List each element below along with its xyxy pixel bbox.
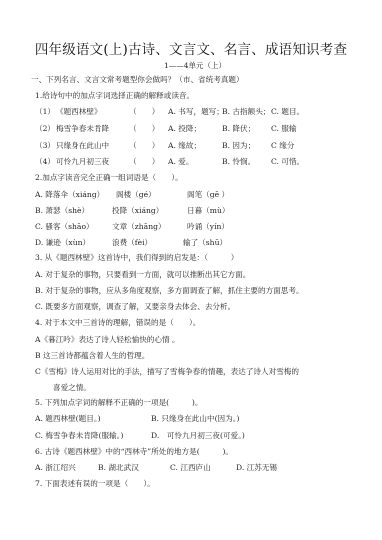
option-word-3: 日暮（mù）: [187, 206, 229, 216]
row-text: 《题西林壁》: [56, 107, 102, 117]
question-1-prompt: 1.给诗句中的加点字词选择正确的解释或读音。: [35, 91, 194, 101]
document-page: 四年级语文(上)古诗、文言文、名言、成语知识考查 1——4单元（上） 一、下列名…: [0, 0, 382, 540]
option-word-1: D. 谦逊（xùn）: [35, 238, 90, 248]
option-word-2: 文章（zhāng）: [112, 222, 166, 232]
section-heading: 一、下列名言、文言文常考题型你会做吗？（市、省统考真题）: [31, 75, 244, 85]
row-number: （2）: [35, 124, 55, 134]
question-4-option-c: C《雪梅》诗人运用对比的手法，描写了雪梅争春的情趣，表达了诗人对雪梅的: [35, 367, 299, 377]
row-text: 只缘身在此山中: [56, 141, 109, 151]
row-number: （1）: [35, 107, 55, 117]
question-7-prompt: 7. 下面表述有误的一项是（ ）。: [35, 479, 155, 489]
option-b: B. 降伏；: [222, 124, 255, 134]
option-a: A. 投降；: [168, 124, 201, 134]
option-c: C. 可惜。: [271, 157, 304, 167]
row-number: （4）: [35, 157, 55, 167]
question-4-option-a: A《暮江吟》表达了诗人轻松愉快的心情 。: [35, 335, 180, 345]
answer-blank: （ ）: [129, 157, 159, 167]
question-4-option-c-continued: 喜爱之情。: [53, 383, 91, 393]
row-text: 可怜九月初三夜: [56, 157, 109, 167]
answer-blank: （ ）: [129, 141, 159, 151]
answer-blank: （ ）: [129, 124, 159, 134]
option-a: A. 爱。: [168, 157, 194, 167]
option-b: B. 古指额头；: [222, 107, 270, 117]
question-5-prompt: 5. 下列加点字词的解释不正确的一项是( )。: [35, 398, 202, 408]
question-3-option-a: A. 对于复杂的事物，只要看到一方面，就可以推断出其它方面。: [35, 270, 250, 280]
option-c: C. 服输: [271, 124, 297, 134]
option-b: B. 只缘身在此山中(因为。): [151, 414, 239, 424]
option-c: C 缘分: [271, 141, 294, 151]
row-number: （3）: [35, 141, 55, 151]
option-d: D. 江苏无锡: [236, 463, 277, 473]
option-a: A. 题西林壁(题目。): [35, 414, 101, 424]
option-b: B. 湖北武汉: [98, 463, 139, 473]
question-4-prompt: 4. 对于本文中三首诗的理解，错误的是（ ）。: [35, 318, 200, 328]
option-word-3: 阁笔（gē ）: [187, 190, 229, 200]
question-3-option-c: C. 既要多方面观察，调查了解，又要亲身去体会、去分析。: [35, 302, 235, 312]
option-a: A. 缘故；: [168, 141, 201, 151]
option-a: A. 浙江绍兴: [35, 463, 76, 473]
option-b: B. 怜悯。: [222, 157, 255, 167]
option-b: B. 因为；: [222, 141, 255, 151]
option-word-3: 输了（shū）: [183, 238, 227, 248]
option-word-1: A. 降落伞（xiáng）: [35, 190, 104, 200]
question-4-option-b: B 这三首诗都蕴含着人生的哲理。: [35, 351, 149, 361]
answer-blank: （ ）: [129, 107, 159, 117]
option-c: C. 江西庐山: [170, 463, 211, 473]
option-word-1: C. 骚客（shāo）: [35, 222, 94, 232]
option-word-2: 投降（xiáng）: [112, 206, 163, 216]
option-word-2: 阁楼（gé）: [116, 190, 156, 200]
option-word-1: B. 萧瑟（shè）: [35, 206, 89, 216]
question-3-option-b: B. 对于复杂的事物，应从多角度观察，多方面调查了解，抓住主要的方面思考。: [35, 286, 304, 296]
document-subtitle: 1——4单元（上）: [0, 60, 382, 71]
question-2-prompt: 2.加点字读音完全正确一组词语是（ ）。: [35, 173, 183, 183]
row-text: 梅雪争春未肯降: [56, 124, 109, 134]
option-c: C. 梅雪争春未肯降(服输。): [35, 431, 123, 441]
option-d: D. 可怜九月初三夜(可爱。): [151, 431, 245, 441]
document-title: 四年级语文(上)古诗、文言文、名言、成语知识考查: [0, 38, 382, 58]
question-3-prompt: 3. 从《题西林壁》这首诗中，我们得到的启发是：（ ）: [35, 253, 238, 263]
option-word-3: 吟诵（yín）: [187, 222, 229, 232]
option-word-2: 浪费（fèi）: [112, 238, 152, 248]
option-c: C. 题目。: [271, 107, 304, 117]
question-6-prompt: 6. 古诗《题西林壁》中的“西林寺”所处的地方是( )。: [35, 447, 233, 457]
option-a: A. 书写，题写；: [168, 107, 224, 117]
